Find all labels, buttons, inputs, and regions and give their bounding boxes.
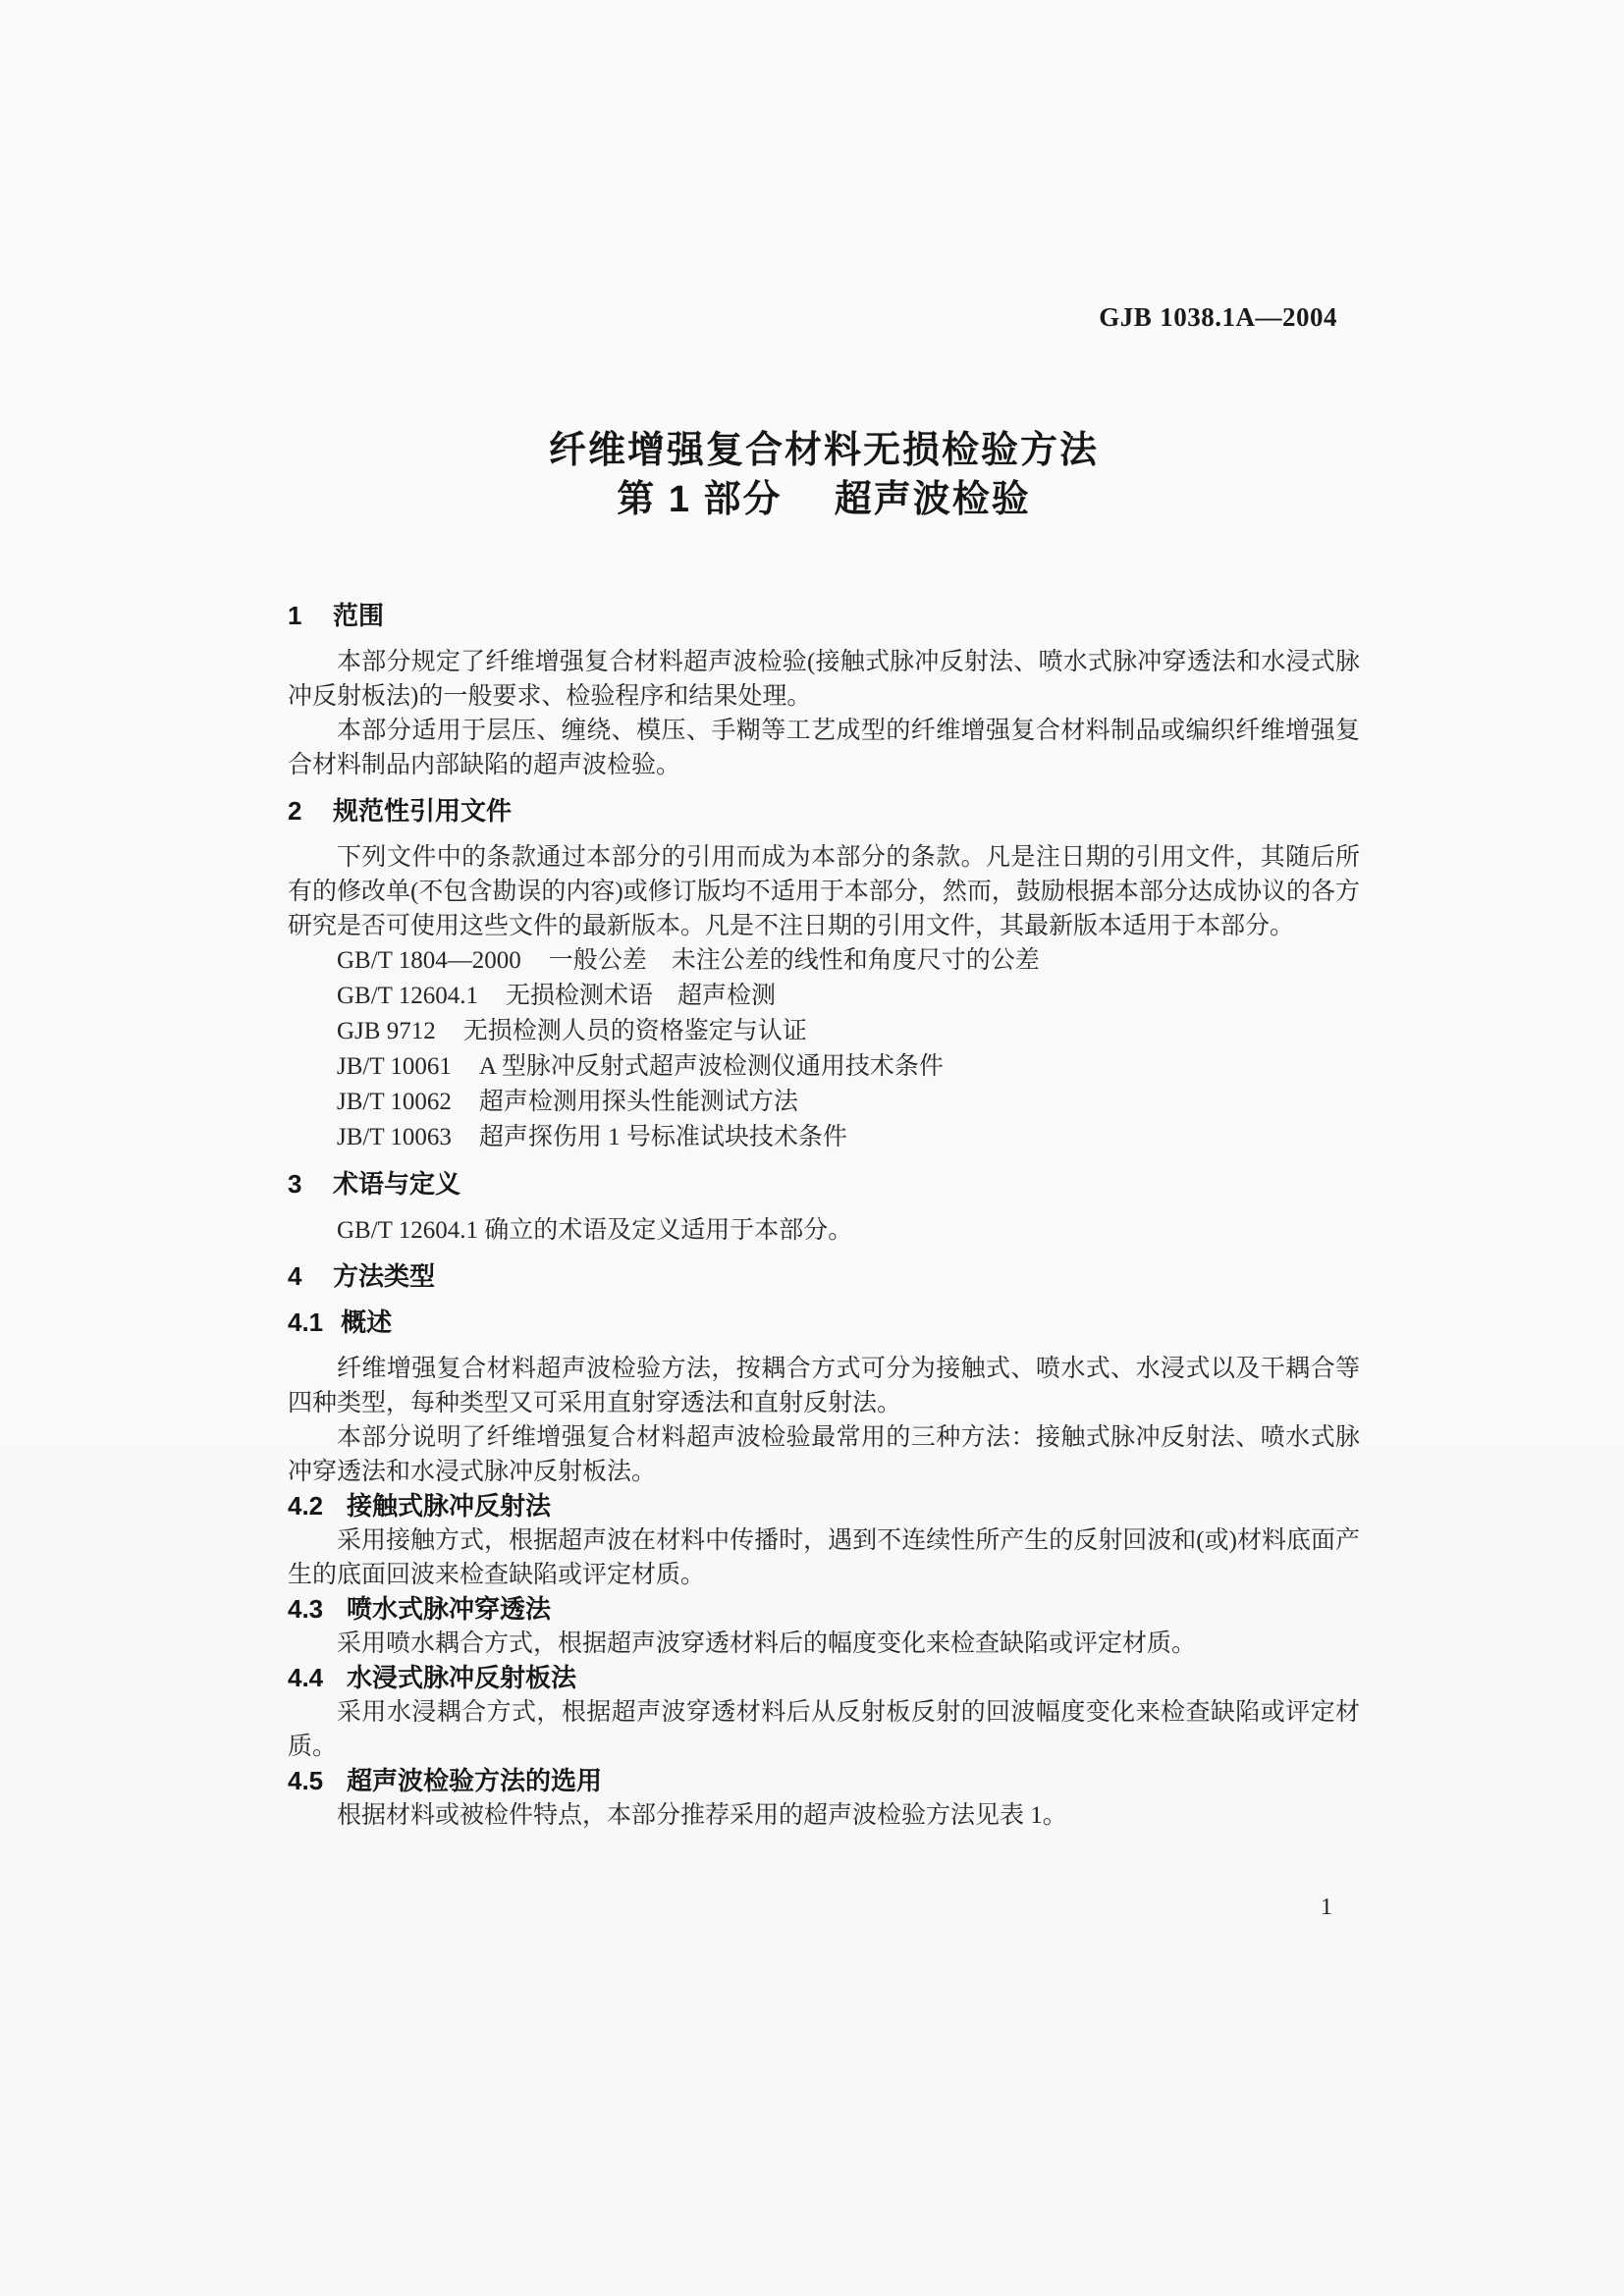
section-1-number: 1 bbox=[288, 599, 315, 633]
section-4-1-paragraph-1: 纤维增强复合材料超声波检验方法，按耦合方式可分为接触式、喷水式、水浸式以及干耦合… bbox=[288, 1352, 1360, 1420]
section-4-4-paragraph-1: 采用水浸耦合方式，根据超声波穿透材料后从反射板反射的回波幅度变化来检查缺陷或评定… bbox=[288, 1695, 1360, 1764]
section-4-2-number: 4.2 bbox=[288, 1489, 335, 1523]
section-3-heading: 3术语与定义 bbox=[288, 1167, 1360, 1201]
section-4-1-heading: 4.1概述 bbox=[288, 1306, 1360, 1340]
reference-title: 超声检测用探头性能测试方法 bbox=[479, 1089, 798, 1115]
section-4-1-number: 4.1 bbox=[288, 1306, 323, 1340]
section-4-1-title: 概述 bbox=[341, 1308, 392, 1337]
section-4-2-heading: 4.2接触式脉冲反射法 bbox=[288, 1489, 1360, 1523]
document-title-part-subject: 超声波检验 bbox=[835, 479, 1031, 520]
reference-code: JB/T 10061 bbox=[337, 1053, 452, 1080]
reference-code: GB/T 12604.1 bbox=[337, 983, 478, 1009]
section-2-heading: 2规范性引用文件 bbox=[288, 794, 1360, 828]
section-4-5-title: 超声波检验方法的选用 bbox=[347, 1766, 602, 1795]
page-number: 1 bbox=[1321, 1895, 1332, 1921]
reference-code: GB/T 1804—2000 bbox=[337, 947, 521, 974]
reference-item: GB/T 12604.1无损检测术语 超声检测 bbox=[288, 979, 1360, 1014]
reference-title: 一般公差 未注公差的线性和角度尺寸的公差 bbox=[549, 947, 1040, 974]
reference-title: 超声探伤用 1 号标准试块技术条件 bbox=[479, 1124, 847, 1150]
reference-title: A 型脉冲反射式超声波检测仪通用技术条件 bbox=[479, 1053, 944, 1080]
reference-item: GJB 9712无损检测人员的资格鉴定与认证 bbox=[288, 1014, 1360, 1049]
section-1-paragraph-2: 本部分适用于层压、缠绕、模压、手糊等工艺成型的纤维增强复合材料制品或编织纤维增强… bbox=[288, 714, 1360, 782]
document-title: 纤维增强复合材料无损检验方法 第 1 部分超声波检验 bbox=[288, 426, 1360, 524]
reference-item: GB/T 1804—2000一般公差 未注公差的线性和角度尺寸的公差 bbox=[288, 943, 1360, 979]
section-4-2-title: 接触式脉冲反射法 bbox=[347, 1491, 551, 1521]
section-4-title: 方法类型 bbox=[333, 1261, 435, 1291]
section-4-4-number: 4.4 bbox=[288, 1661, 335, 1695]
reference-code: JB/T 10063 bbox=[337, 1124, 452, 1150]
reference-code: GJB 9712 bbox=[337, 1018, 436, 1044]
section-4-3-title: 喷水式脉冲穿透法 bbox=[347, 1594, 551, 1624]
standard-number-prefix: GJB bbox=[1099, 302, 1152, 332]
document-body: 1范围 本部分规定了纤维增强复合材料超声波检验(接触式脉冲反射法、喷水式脉冲穿透… bbox=[288, 587, 1360, 1833]
section-3-paragraph-1: GB/T 12604.1 确立的术语及定义适用于本部分。 bbox=[288, 1213, 1360, 1248]
standard-number: GJB1038.1A—2004 bbox=[1099, 302, 1337, 333]
section-1-title: 范围 bbox=[333, 601, 384, 630]
reference-item: JB/T 10062超声检测用探头性能测试方法 bbox=[288, 1085, 1360, 1120]
reference-title: 无损检测术语 超声检测 bbox=[506, 983, 776, 1009]
document-title-line1: 纤维增强复合材料无损检验方法 bbox=[288, 426, 1360, 475]
section-4-3-number: 4.3 bbox=[288, 1592, 335, 1627]
section-4-1-paragraph-2: 本部分说明了纤维增强复合材料超声波检验最常用的三种方法：接触式脉冲反射法、喷水式… bbox=[288, 1420, 1360, 1489]
section-4-3-heading: 4.3喷水式脉冲穿透法 bbox=[288, 1592, 1360, 1627]
section-4-4-title: 水浸式脉冲反射板法 bbox=[347, 1663, 576, 1692]
section-1-heading: 1范围 bbox=[288, 599, 1360, 633]
document-title-line2: 第 1 部分超声波检验 bbox=[288, 475, 1360, 524]
reference-code: JB/T 10062 bbox=[337, 1089, 452, 1115]
section-2-title: 规范性引用文件 bbox=[333, 796, 512, 826]
section-4-5-paragraph-1: 根据材料或被检件特点，本部分推荐采用的超声波检验方法见表 1。 bbox=[288, 1798, 1360, 1833]
section-4-3-paragraph-1: 采用喷水耦合方式，根据超声波穿透材料后的幅度变化来检查缺陷或评定材质。 bbox=[288, 1627, 1360, 1661]
section-2-number: 2 bbox=[288, 794, 315, 828]
reference-title: 无损检测人员的资格鉴定与认证 bbox=[463, 1018, 807, 1044]
section-4-2-paragraph-1: 采用接触方式，根据超声波在材料中传播时，遇到不连续性所产生的反射回波和(或)材料… bbox=[288, 1523, 1360, 1592]
reference-item: JB/T 10063超声探伤用 1 号标准试块技术条件 bbox=[288, 1120, 1360, 1155]
section-4-number: 4 bbox=[288, 1259, 315, 1294]
section-4-heading: 4方法类型 bbox=[288, 1259, 1360, 1294]
section-2-intro: 下列文件中的条款通过本部分的引用而成为本部分的条款。凡是注日期的引用文件，其随后… bbox=[288, 840, 1360, 943]
reference-item: JB/T 10061A 型脉冲反射式超声波检测仪通用技术条件 bbox=[288, 1049, 1360, 1085]
section-4-5-number: 4.5 bbox=[288, 1764, 335, 1798]
document-title-part-label: 第 1 部分 bbox=[617, 479, 782, 520]
section-1-paragraph-1: 本部分规定了纤维增强复合材料超声波检验(接触式脉冲反射法、喷水式脉冲穿透法和水浸… bbox=[288, 645, 1360, 714]
reference-list: GB/T 1804—2000一般公差 未注公差的线性和角度尺寸的公差 GB/T … bbox=[288, 943, 1360, 1155]
section-4-5-heading: 4.5超声波检验方法的选用 bbox=[288, 1764, 1360, 1798]
standard-number-value: 1038.1A—2004 bbox=[1160, 302, 1337, 332]
section-3-title: 术语与定义 bbox=[333, 1169, 460, 1199]
section-4-4-heading: 4.4水浸式脉冲反射板法 bbox=[288, 1661, 1360, 1695]
section-3-number: 3 bbox=[288, 1167, 315, 1201]
document-page: GJB1038.1A—2004 纤维增强复合材料无损检验方法 第 1 部分超声波… bbox=[0, 0, 1624, 2296]
